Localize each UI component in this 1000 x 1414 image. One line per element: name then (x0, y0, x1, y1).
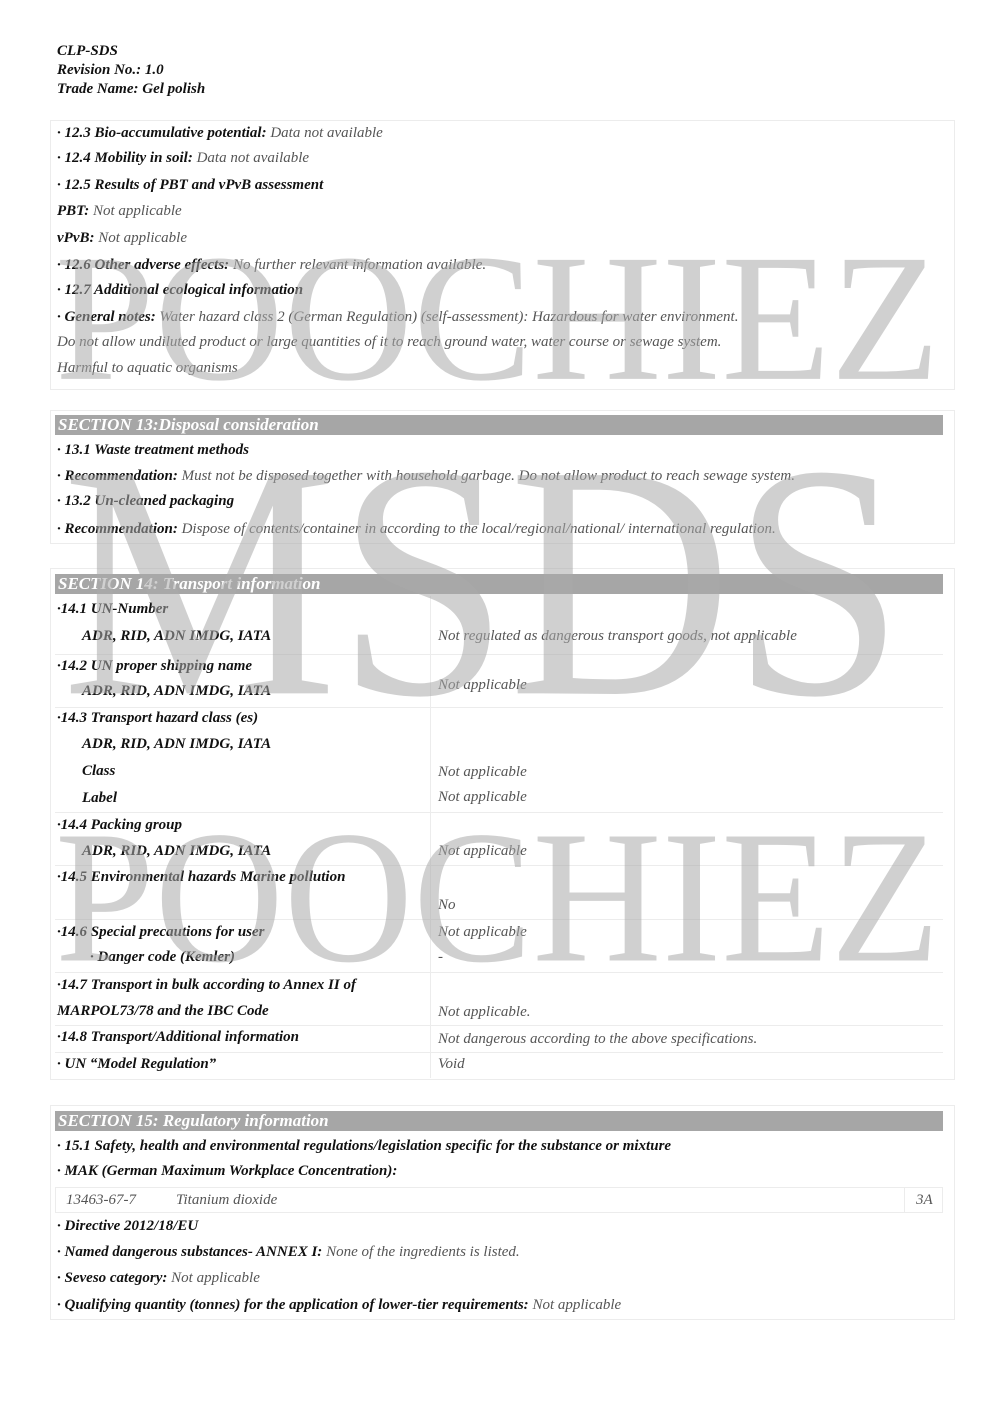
vpvb-line: vPvB: Not applicable (57, 230, 187, 247)
item-13-recommendation-2: · Recommendation: Dispose of contents/co… (57, 521, 776, 538)
item-12-5: · 12.5 Results of PBT and vPvB assessmen… (57, 177, 323, 194)
item-12-7: · 12.7 Additional ecological information (57, 282, 303, 299)
item-mak: · MAK (German Maximum Workplace Concentr… (57, 1163, 397, 1180)
item-named-dangerous-substances: · Named dangerous substances- ANNEX I: N… (57, 1244, 520, 1261)
mak-cas-number: 13463-67-7 (66, 1192, 136, 1209)
table-row-14-5: ·14.5 Environmental hazards Marine pollu… (55, 866, 943, 920)
mak-class: 3A (916, 1192, 933, 1209)
item-13-1: · 13.1 Waste treatment methods (57, 442, 249, 459)
general-notes-line2: Do not allow undiluted product or large … (57, 334, 721, 351)
table-row-14-8: ·14.8 Transport/Additional information N… (55, 1026, 943, 1053)
mak-class-divider (904, 1188, 905, 1212)
pbt-line: PBT: Not applicable (57, 203, 182, 220)
table-row-14-1: ·14.1 UN-Number ADR, RID, ADN IMDG, IATA… (55, 596, 943, 655)
revision-number: Revision No.: 1.0 (57, 61, 205, 80)
section-15-title: SECTION 15: Regulatory information (55, 1111, 943, 1131)
trade-name: Trade Name: Gel polish (57, 80, 205, 99)
table-row-14-7: ·14.7 Transport in bulk according to Ann… (55, 973, 943, 1026)
item-15-1: · 15.1 Safety, health and environmental … (57, 1138, 671, 1155)
section-13-title: SECTION 13:Disposal consideration (55, 415, 943, 435)
item-13-2: · 13.2 Un-cleaned packaging (57, 493, 234, 510)
mak-table-row: 13463-67-7 Titanium dioxide 3A (55, 1187, 943, 1213)
document-header: CLP-SDS Revision No.: 1.0 Trade Name: Ge… (57, 42, 205, 99)
item-seveso-category: · Seveso category: Not applicable (57, 1270, 260, 1287)
general-notes: · General notes: Water hazard class 2 (G… (57, 309, 738, 326)
doc-type: CLP-SDS (57, 42, 205, 61)
table-row-14-3: ·14.3 Transport hazard class (es) ADR, R… (55, 708, 943, 813)
mak-substance-name: Titanium dioxide (176, 1192, 277, 1209)
table-row-14-2: ·14.2 UN proper shipping name ADR, RID, … (55, 655, 943, 708)
table-row-14-6: ·14.6 Special precautions for user · Dan… (55, 920, 943, 973)
item-12-6: · 12.6 Other adverse effects: No further… (57, 257, 486, 274)
item-directive: · Directive 2012/18/EU (57, 1218, 198, 1235)
item-13-recommendation-1: · Recommendation: Must not be disposed t… (57, 468, 795, 485)
item-12-4: · 12.4 Mobility in soil: Data not availa… (57, 150, 309, 167)
table-row-14-4: ·14.4 Packing group ADR, RID, ADN IMDG, … (55, 813, 943, 866)
item-qualifying-quantity: · Qualifying quantity (tonnes) for the a… (57, 1297, 621, 1314)
table-row-un-model-regulation: · UN “Model Regulation” Void (55, 1053, 943, 1078)
item-12-3: · 12.3 Bio-accumulative potential: Data … (57, 125, 383, 142)
section-14-title: SECTION 14: Transport information (55, 574, 943, 594)
general-notes-line3: Harmful to aquatic organisms (57, 360, 238, 377)
